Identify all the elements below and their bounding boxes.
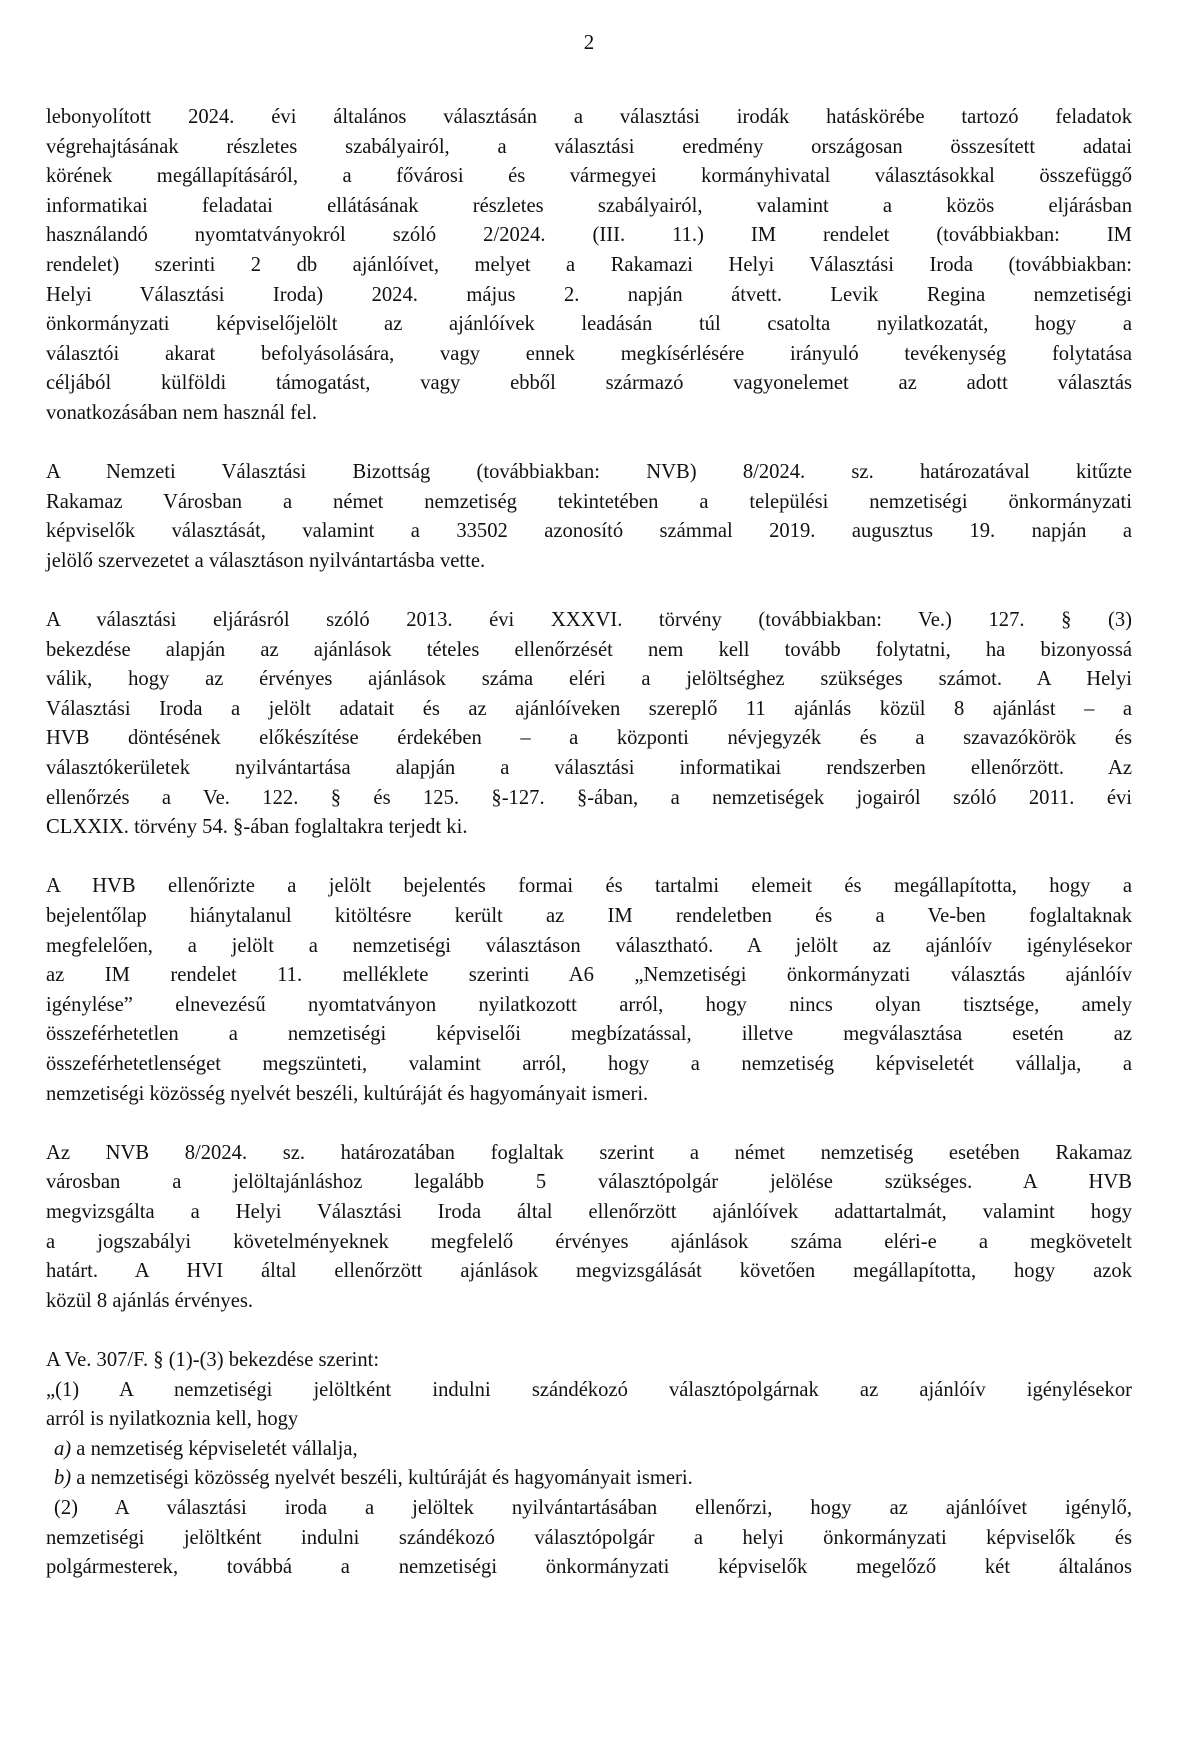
text-line: összeférhetetlenséget megszünteti, valam… (46, 1050, 1132, 1080)
text-line: nemzetiségi közösség nyelvét beszéli, ku… (46, 1080, 1132, 1110)
paragraph-hvb-check: A HVB ellenőrizte a jelölt bejelentés fo… (46, 872, 1132, 1109)
text-line: A Nemzeti Választási Bizottság (továbbia… (46, 458, 1132, 488)
paragraph-recommendation-count: Az NVB 8/2024. sz. határozatában foglalt… (46, 1139, 1132, 1317)
quote-section-1: „(1) A nemzetiségi jelöltként indulni sz… (46, 1376, 1132, 1406)
text-line: rendelet) szerinti 2 db ajánlóívet, mely… (46, 251, 1132, 281)
text-line: a jogszabályi követelményeknek megfelelő… (46, 1228, 1132, 1258)
text-line: megvizsgálta a Helyi Választási Iroda ál… (46, 1198, 1132, 1228)
text-line: közül 8 ajánlás érvényes. (46, 1287, 1132, 1317)
text-line: választói akarat befolyásolására, vagy e… (46, 340, 1132, 370)
text-line: Az NVB 8/2024. sz. határozatában foglalt… (46, 1139, 1132, 1169)
text-line: vonatkozásában nem használ fel. (46, 399, 1132, 429)
text-line: Helyi Választási Iroda) 2024. május 2. n… (46, 281, 1132, 311)
text-line: végrehajtásának részletes szabályairól, … (46, 133, 1132, 163)
text-line: használandó nyomtatványokról szóló 2/202… (46, 221, 1132, 251)
document-body: lebonyolított 2024. évi általános válasz… (46, 103, 1132, 1583)
paragraph-verification-law: A választási eljárásról szóló 2013. évi … (46, 606, 1132, 843)
item-letter-b: b) (54, 1467, 71, 1489)
text-line: bekezdése alapján az ajánlások tételes e… (46, 636, 1132, 666)
page-number: 2 (0, 30, 1178, 54)
paragraph-registration-details: lebonyolított 2024. évi általános válasz… (46, 103, 1132, 429)
text-line: képviselők választását, valamint a 33502… (46, 517, 1132, 547)
text-line: informatikai feladatai ellátásának részl… (46, 192, 1132, 222)
text-line: városban a jelöltajánláshoz legalább 5 v… (46, 1168, 1132, 1198)
text-line: összeférhetetlen a nemzetiségi képviselő… (46, 1020, 1132, 1050)
text-line: lebonyolított 2024. évi általános válasz… (46, 103, 1132, 133)
text-line: bejelentőlap hiánytalanul kitöltésre ker… (46, 902, 1132, 932)
text-line: jelölő szervezetet a választáson nyilván… (46, 547, 1132, 577)
text-line: választókerületek nyilvántartása alapján… (46, 754, 1132, 784)
text-line: önkormányzati képviselőjelölt az ajánlóí… (46, 310, 1132, 340)
item-letter-a: a) (54, 1438, 71, 1460)
text-line: Rakamaz Városban a német nemzetiség teki… (46, 488, 1132, 518)
item-a-text: a nemzetiség képviseletét vállalja, (71, 1438, 357, 1460)
quote-section-2-cont: nemzetiségi jelöltként indulni szándékoz… (46, 1524, 1132, 1554)
quote-section-1-cont: arról is nyilatkoznia kell, hogy (46, 1405, 1132, 1435)
item-b-text: a nemzetiségi közösség nyelvét beszéli, … (71, 1467, 693, 1489)
quote-item-a: a) a nemzetiség képviseletét vállalja, (46, 1435, 1132, 1465)
text-line: az IM rendelet 11. melléklete szerinti A… (46, 961, 1132, 991)
text-line: határt. A HVI által ellenőrzött ajánláso… (46, 1257, 1132, 1287)
text-line: A HVB ellenőrizte a jelölt bejelentés fo… (46, 872, 1132, 902)
text-line: körének megállapításáról, a fővárosi és … (46, 162, 1132, 192)
text-line: A választási eljárásról szóló 2013. évi … (46, 606, 1132, 636)
legal-quote-ve-307f: A Ve. 307/F. § (1)-(3) bekezdése szerint… (46, 1346, 1132, 1583)
paragraph-nvb-decision: A Nemzeti Választási Bizottság (továbbia… (46, 458, 1132, 576)
text-line: válik, hogy az érvényes ajánlások száma … (46, 665, 1132, 695)
text-line: ellenőrzés a Ve. 122. § és 125. §-127. §… (46, 784, 1132, 814)
text-line: megfelelően, a jelölt a nemzetiségi vála… (46, 932, 1132, 962)
text-line: céljából külföldi támogatást, vagy ebből… (46, 369, 1132, 399)
text-line: HVB döntésének előkészítése érdekében – … (46, 724, 1132, 754)
quote-section-2-cont: polgármesterek, továbbá a nemzetiségi ön… (46, 1553, 1132, 1583)
text-line: igénylése” elnevezésű nyomtatványon nyil… (46, 991, 1132, 1021)
text-line: CLXXIX. törvény 54. §-ában foglaltakra t… (46, 813, 1132, 843)
text-line: Választási Iroda a jelölt adatait és az … (46, 695, 1132, 725)
quote-item-b: b) a nemzetiségi közösség nyelvét beszél… (46, 1464, 1132, 1494)
quote-intro: A Ve. 307/F. § (1)-(3) bekezdése szerint… (46, 1346, 1132, 1376)
quote-section-2: (2) A választási iroda a jelöltek nyilvá… (46, 1494, 1132, 1524)
